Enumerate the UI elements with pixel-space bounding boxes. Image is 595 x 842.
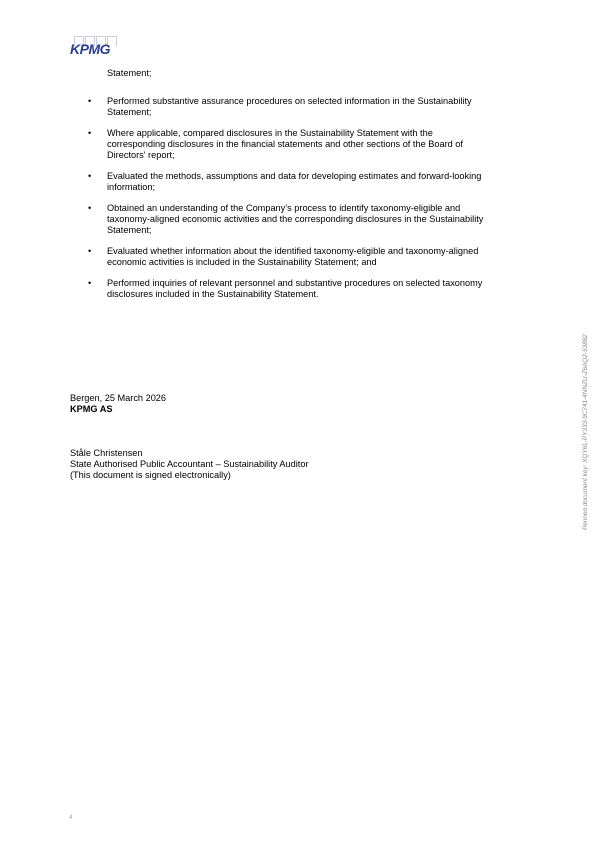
signer-title: State Authorised Public Accountant – Sus… xyxy=(70,459,309,470)
penneo-document-key: Penneo document key: XQY6L-PY333-9C741-4… xyxy=(582,334,589,530)
list-item-line: Evaluated the methods, assumptions and d… xyxy=(107,171,518,182)
list-item-line: economic activities is included in the S… xyxy=(107,257,518,268)
list-item-line: Performed inquiries of relevant personne… xyxy=(107,278,518,289)
list-item: •Where applicable, compared disclosures … xyxy=(88,128,518,161)
list-item-line: Statement; xyxy=(107,225,518,236)
list-item-line: Where applicable, compared disclosures i… xyxy=(107,128,518,139)
kpmg-logo: KPMG xyxy=(70,36,118,58)
list-item-line: Directors' report; xyxy=(107,150,518,161)
procedures-list: •Performed substantive assurance procedu… xyxy=(88,96,518,310)
signature-note: (This document is signed electronically) xyxy=(70,470,231,481)
list-item-line: information; xyxy=(107,182,518,193)
bullet-icon: • xyxy=(88,203,91,214)
list-item-line: Statement; xyxy=(107,107,518,118)
bullet-icon: • xyxy=(88,96,91,107)
firm-name: KPMG AS xyxy=(70,404,113,415)
list-item-line: taxonomy-aligned economic activities and… xyxy=(107,214,518,225)
page-number: 4 xyxy=(69,815,72,821)
list-item: •Obtained an understanding of the Compan… xyxy=(88,203,518,236)
continuation-text: Statement; xyxy=(107,68,151,79)
list-item-line: disclosures included in the Sustainabili… xyxy=(107,289,518,300)
list-item: •Evaluated whether information about the… xyxy=(88,246,518,268)
list-item-line: corresponding disclosures in the financi… xyxy=(107,139,518,150)
place-date: Bergen, 25 March 2026 xyxy=(70,393,166,404)
list-item-line: Performed substantive assurance procedur… xyxy=(107,96,518,107)
list-item: •Performed inquiries of relevant personn… xyxy=(88,278,518,300)
list-item: •Evaluated the methods, assumptions and … xyxy=(88,171,518,193)
bullet-icon: • xyxy=(88,278,91,289)
bullet-icon: • xyxy=(88,128,91,139)
list-item-line: Obtained an understanding of the Company… xyxy=(107,203,518,214)
logo-text: KPMG xyxy=(70,41,110,57)
bullet-icon: • xyxy=(88,246,91,257)
list-item: •Performed substantive assurance procedu… xyxy=(88,96,518,118)
bullet-icon: • xyxy=(88,171,91,182)
signer-name: Ståle Christensen xyxy=(70,448,143,459)
list-item-line: Evaluated whether information about the … xyxy=(107,246,518,257)
